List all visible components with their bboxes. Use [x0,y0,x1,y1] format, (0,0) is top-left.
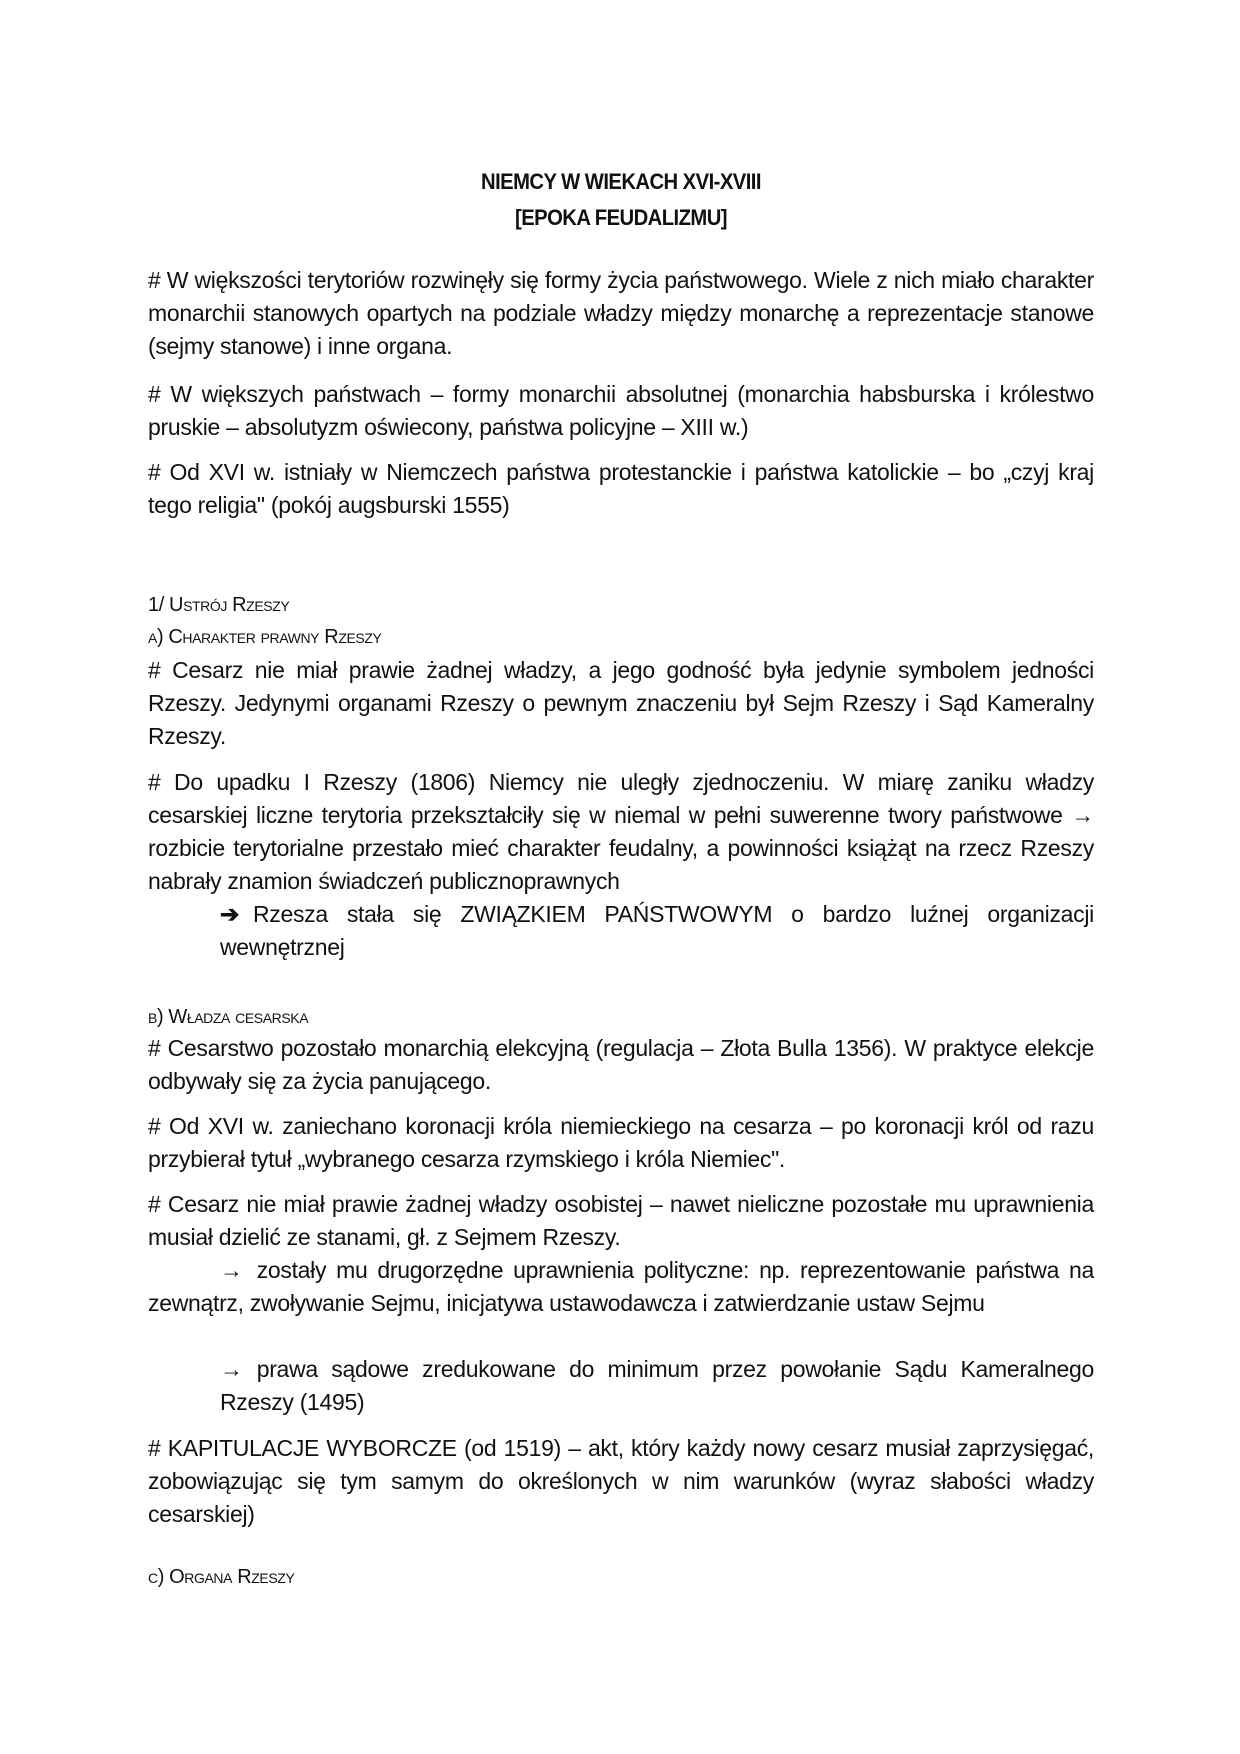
subsection-heading-b: b) Władza cesarska [148,1002,308,1032]
point-2-text: prawa sądowe zredukowane do minimum prze… [220,1356,1094,1415]
subsection-heading-a: a) Charakter prawny Rzeszy [148,622,381,652]
intro-paragraph-1: # W większości terytoriów rozwinęły się … [148,264,1094,363]
paragraph-b4: # KAPITULACJE WYBORCZE (od 1519) – akt, … [148,1432,1094,1531]
document-title: NIEMCY W WIEKACH XVI-XVIII [186,169,1056,195]
arrow-right-icon: → [220,1254,243,1287]
subsection-heading-c: c) Organa Rzeszy [148,1562,294,1592]
paragraph-a2: # Do upadku I Rzeszy (1806) Niemcy nie u… [148,766,1094,898]
paragraph-a2-conclusion: ➔Rzesza stała się ZWIĄZKIEM PAŃSTWOWYM o… [220,898,1094,964]
arrow-right-icon: ➔ [220,898,239,931]
document-subtitle: [EPOKA FEUDALIZMU] [186,205,1056,231]
intro-paragraph-2: # W większych państwach – formy monarchi… [148,378,1094,444]
point-1-text: zostały mu drugorzędne uprawnienia polit… [148,1257,1094,1316]
paragraph-b3-point-2: →prawa sądowe zredukowane do minimum prz… [220,1353,1094,1419]
conclusion-text: Rzesza stała się ZWIĄZKIEM PAŃSTWOWYM o … [220,901,1094,960]
paragraph-b3: # Cesarz nie miał prawie żadnej władzy o… [148,1188,1094,1254]
arrow-right-icon: → [220,1353,243,1386]
paragraph-a1: # Cesarz nie miał prawie żadnej władzy, … [148,654,1094,753]
intro-paragraph-3: # Od XVI w. istniały w Niemczech państwa… [148,456,1094,522]
paragraph-b2: # Od XVI w. zaniechano koronacji króla n… [148,1110,1094,1176]
paragraph-b3-point-1: →zostały mu drugorzędne uprawnienia poli… [148,1254,1094,1320]
paragraph-b1: # Cesarstwo pozostało monarchią elekcyjn… [148,1032,1094,1098]
section-heading: 1/ Ustrój Rzeszy [148,590,289,620]
